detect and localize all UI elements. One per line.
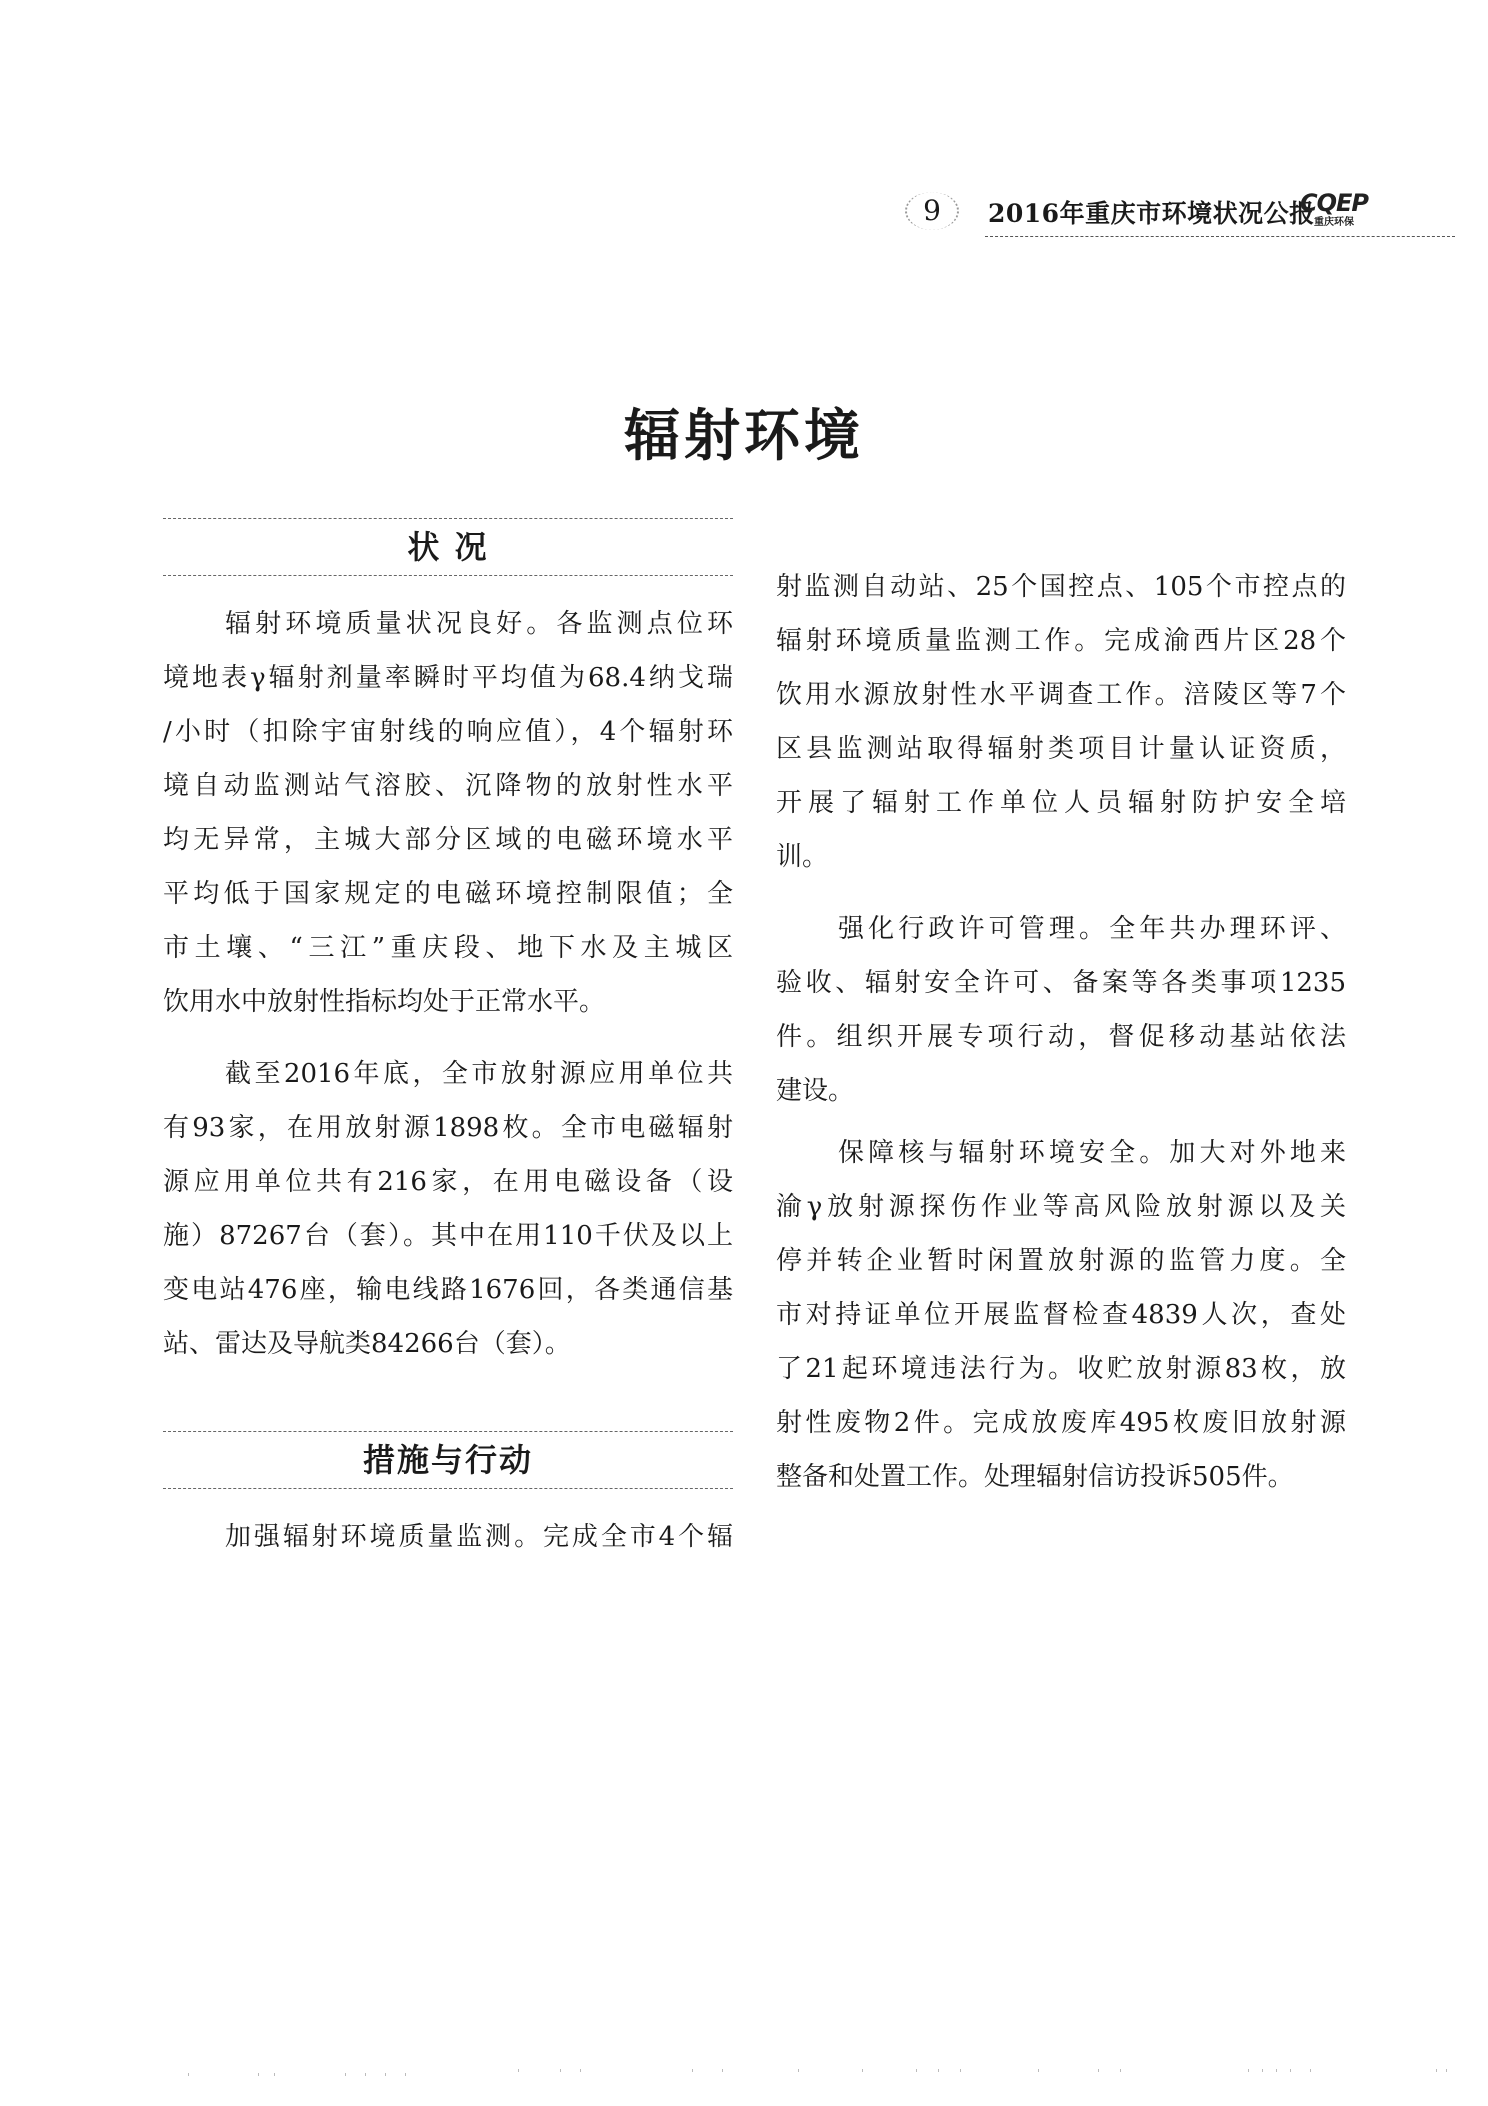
- measures-paragraph-1-cont: 射监测自动站、25个国控点、105个市控点的 辐射环境质量监测工作。完成渝西片区…: [776, 560, 1346, 884]
- text-line: 验收、辐射安全许可、备案等各类事项1235: [776, 956, 1346, 1010]
- text-line: 截至2016年底，全市放射源应用单位共: [163, 1047, 733, 1101]
- page-title: 辐射环境: [0, 402, 1488, 472]
- text-line: 了21起环境违法行为。收贮放射源83枚，放: [776, 1342, 1346, 1396]
- header-divider: [985, 236, 1455, 237]
- scan-artifact-dots: [0, 2068, 1488, 2078]
- status-paragraph-1: 辐射环境质量状况良好。各监测点位环 境地表γ辐射剂量率瞬时平均值为68.4纳戈瑞…: [163, 597, 733, 1029]
- text-line: 射性废物2件。完成放废库495枚废旧放射源: [776, 1396, 1346, 1450]
- heading-rule-top: [163, 1431, 733, 1432]
- text-line: 停并转企业暂时闲置放射源的监管力度。全: [776, 1234, 1346, 1288]
- heading-rule-top: [163, 518, 733, 519]
- text-line: 站、雷达及导航类84266台（套）。: [163, 1317, 733, 1371]
- text-line: 饮用水中放射性指标均处于正常水平。: [163, 975, 733, 1029]
- logo-mark: CQEP: [1300, 190, 1380, 216]
- text-line: 区县监测站取得辐射类项目计量认证资质，: [776, 722, 1346, 776]
- heading-rule-bottom: [163, 575, 733, 576]
- page-header: 9 2016年重庆市环境状况公报 CQEP 重庆环保: [905, 190, 1455, 240]
- text-line: 境自动监测站气溶胶、沉降物的放射性水平: [163, 759, 733, 813]
- measures-paragraph-2: 强化行政许可管理。全年共办理环评、 验收、辐射安全许可、备案等各类事项1235 …: [776, 902, 1346, 1118]
- text-line: 加强辐射环境质量监测。完成全市4个辐: [163, 1510, 733, 1564]
- text-line: 施）87267台（套）。其中在用110千伏及以上: [163, 1209, 733, 1263]
- section-heading-measures: 措施与行动: [163, 1431, 733, 1489]
- measures-paragraph-1-start: 加强辐射环境质量监测。完成全市4个辐: [163, 1510, 733, 1564]
- text-line: 开展了辐射工作单位人员辐射防护安全培: [776, 776, 1346, 830]
- text-line: /小时（扣除宇宙射线的响应值），4个辐射环: [163, 705, 733, 759]
- text-line: 整备和处置工作。处理辐射信访投诉505件。: [776, 1450, 1346, 1504]
- section-heading-status: 状 况: [163, 518, 733, 576]
- text-line: 建设。: [776, 1064, 1346, 1118]
- section-heading-label: 措施与行动: [163, 1437, 733, 1483]
- text-line: 市对持证单位开展监督检查4839人次，查处: [776, 1288, 1346, 1342]
- text-line: 渝γ放射源探伤作业等高风险放射源以及关: [776, 1180, 1346, 1234]
- section-heading-label: 状 况: [163, 524, 733, 570]
- text-line: 境地表γ辐射剂量率瞬时平均值为68.4纳戈瑞: [163, 651, 733, 705]
- logo-subtitle: 重庆环保: [1304, 216, 1364, 230]
- report-title: 2016年重庆市环境状况公报: [988, 194, 1315, 230]
- text-line: 保障核与辐射环境安全。加大对外地来: [776, 1126, 1346, 1180]
- text-line: 饮用水源放射性水平调查工作。涪陵区等7个: [776, 668, 1346, 722]
- text-line: 训。: [776, 830, 1346, 884]
- text-line: 市土壤、“三江”重庆段、地下水及主城区: [163, 921, 733, 975]
- text-line: 强化行政许可管理。全年共办理环评、: [776, 902, 1346, 956]
- text-line: 件。组织开展专项行动，督促移动基站依法: [776, 1010, 1346, 1064]
- text-line: 均无异常，主城大部分区域的电磁环境水平: [163, 813, 733, 867]
- text-line: 源应用单位共有216家，在用电磁设备（设: [163, 1155, 733, 1209]
- page-number: 9: [905, 192, 959, 230]
- cqep-logo: CQEP 重庆环保: [1300, 190, 1380, 236]
- text-line: 变电站476座，输电线路1676回，各类通信基: [163, 1263, 733, 1317]
- status-paragraph-2: 截至2016年底，全市放射源应用单位共 有93家，在用放射源1898枚。全市电磁…: [163, 1047, 733, 1371]
- text-line: 有93家，在用放射源1898枚。全市电磁辐射: [163, 1101, 733, 1155]
- text-line: 射监测自动站、25个国控点、105个市控点的: [776, 560, 1346, 614]
- text-line: 辐射环境质量状况良好。各监测点位环: [163, 597, 733, 651]
- heading-rule-bottom: [163, 1488, 733, 1489]
- text-line: 平均低于国家规定的电磁环境控制限值；全: [163, 867, 733, 921]
- text-line: 辐射环境质量监测工作。完成渝西片区28个: [776, 614, 1346, 668]
- measures-paragraph-3: 保障核与辐射环境安全。加大对外地来 渝γ放射源探伤作业等高风险放射源以及关 停并…: [776, 1126, 1346, 1504]
